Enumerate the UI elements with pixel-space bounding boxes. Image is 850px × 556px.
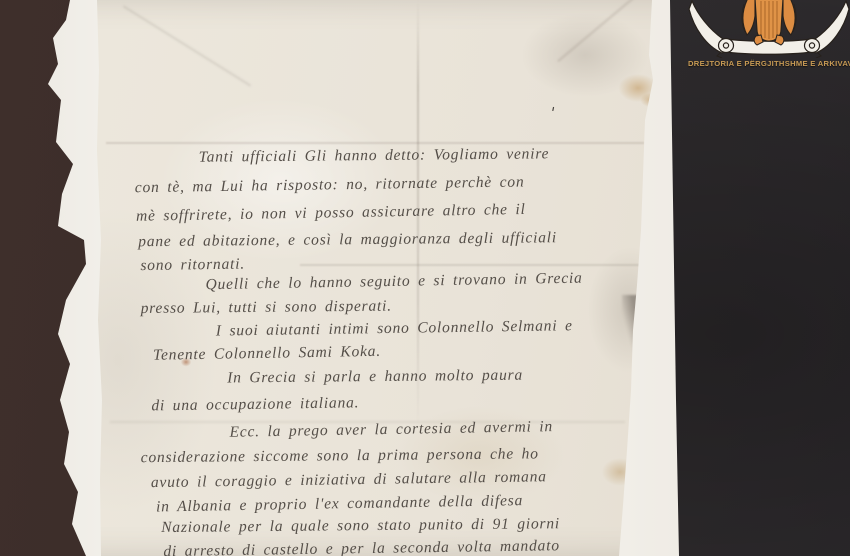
archive-photo: Tanti ufficiali Gli hanno detto: Vogliam… xyxy=(0,0,850,556)
horizontal-crease-bottom xyxy=(110,421,625,423)
logo-title: DREJTORIA E PËRGJITHSHME E ARKIVAVE xyxy=(688,59,850,68)
diagonal-crease-left xyxy=(123,5,251,86)
vertical-fold-crease xyxy=(417,0,419,430)
horizontal-crease-top xyxy=(106,142,644,144)
eagle-scroll-emblem xyxy=(688,0,850,58)
horizontal-crease-middle xyxy=(300,264,640,266)
diagonal-crease-right xyxy=(557,0,643,62)
letter-paper xyxy=(0,0,850,556)
archives-logo: DREJTORIA E PËRGJITHSHME E ARKIVAVE xyxy=(688,0,850,80)
eagle-icon xyxy=(742,0,796,41)
